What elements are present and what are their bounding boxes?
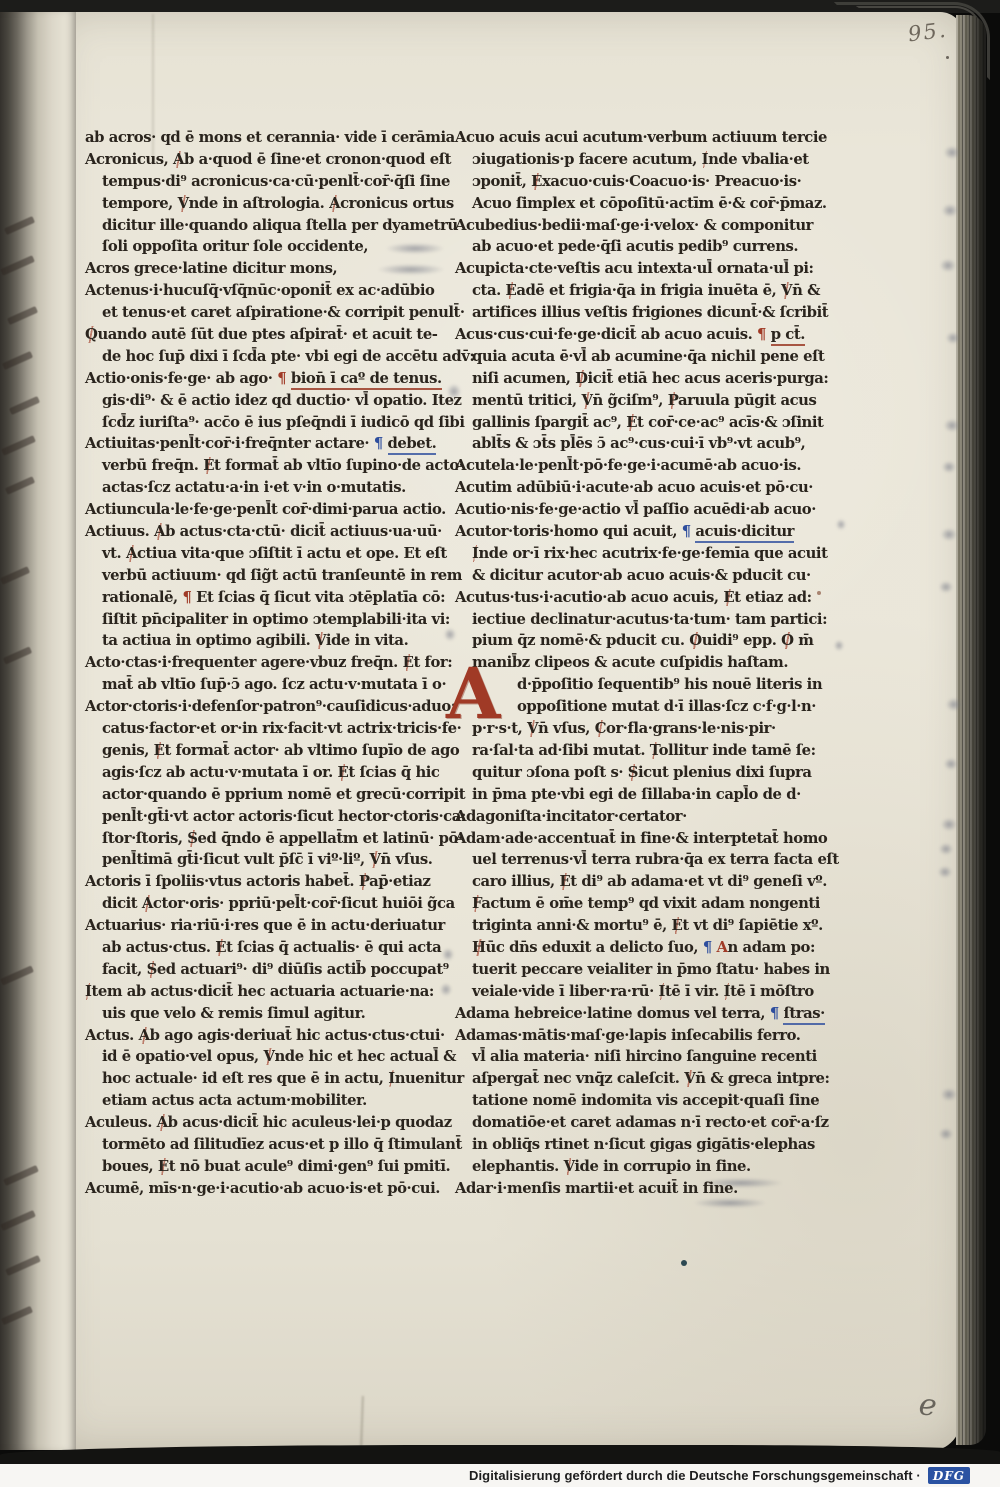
text-line: de hoc ſup̄ dixi ī ſcd̄a pte· vbi egi de… (85, 346, 445, 368)
text-line: Item ab actus·dicit̄ hec actuaria actuar… (85, 981, 445, 1003)
text-line: Acutus·tus·i·acutio·ab acuo acuis, Et et… (455, 587, 821, 609)
leaf-text-fragment (0, 566, 30, 585)
text-line: mentū tritici, Vn̄ g̃ciſm⁹, Paruula pūgi… (455, 390, 821, 412)
text-line: verbū freq̄n. Et format̄ ab vltīo ſupino… (85, 455, 445, 477)
text-line: mat̄ ab vltīo ſup̄·ɔ̄ ago. ſcz actu·v·mu… (85, 674, 445, 696)
text-line: Adar·i·menſis martii·et acuit̄ in fine. (455, 1178, 821, 1200)
text-line: veiale·vide ī liber·ra·rū· Itē ī vir. It… (455, 981, 821, 1003)
text-line: penl̄timā gt̄i·ſicut vult p̄ſc̄ ī viº·li… (85, 849, 445, 871)
text-line: actor·quando ē pprium nomē et grecū·corr… (85, 784, 445, 806)
pencil-mark: e (917, 1387, 938, 1424)
leaf-text-fragment (4, 216, 35, 235)
bleed-through-mark (944, 758, 958, 770)
text-line: uel terrenus·vl̄ terra rubra·q̄a ex terr… (455, 849, 821, 871)
text-line: vl̄ alia materia· niſi hircino ſanguine … (455, 1046, 821, 1068)
text-line: Acus·cus·cui·fe·ge·dicit̄ ab acuo acuis.… (455, 324, 821, 346)
drop-cap-initial: A (446, 663, 500, 725)
text-line: Adama hebreice·latine domus vel terra, ¶… (455, 1003, 821, 1025)
text-line: Acutio·nis·fe·ge·actio vl̄ paſſio acuēdi… (455, 499, 821, 521)
text-line: ablt̄s & ɔt̄s pl̄ēs ɔ̄ ac⁹·cus·cui·ī vb⁹… (455, 433, 821, 455)
text-line: cta. Eadē et frigia·q̄a in frigia inuēta… (455, 280, 821, 302)
text-line: Acupicta·cte·veſtis acu intexta·ul̄ orna… (455, 258, 821, 280)
scanned-manuscript-page: ab acros· qd ē mons et cerannia· vide ī … (0, 0, 1000, 1487)
text-line: Adagoniſta·incitator·certator· (455, 806, 821, 828)
leaf-text-fragment (3, 646, 32, 664)
text-line: actas·ſcz actatu·a·in i·et v·in o·mutati… (85, 477, 445, 499)
text-line: ab acros· qd ē mons et cerannia· vide ī … (85, 127, 445, 149)
text-line: ab actus·ctus. Et ſcias q̄ actualis· ē q… (85, 937, 445, 959)
text-line: Actiuus. Ab actus·cta·ctū· dicit̄ actiuu… (85, 521, 445, 543)
bleed-through-mark (939, 843, 953, 855)
footer-bar: Digitalisierung gefördert durch die Deut… (0, 1464, 1000, 1487)
bleed-through-mark (941, 818, 957, 831)
text-column-left: ab acros· qd ē mons et cerannia· vide ī … (85, 127, 445, 1200)
text-line: Acuo ſimplex et cōpoſitū·actīm ē·& cor̄·… (455, 193, 821, 215)
text-line: tempore, Vnde in aſtrologia. Acronicus o… (85, 193, 445, 215)
text-line: et tenus·et caret aſpiratione·& corripit… (85, 302, 445, 324)
bleed-through-mark (938, 866, 952, 878)
previous-leaf-edge (0, 12, 76, 1450)
bleed-through-mark (946, 332, 960, 344)
text-line: in obliq̄s rtinet n·ſicut gigas gigātis·… (455, 1134, 821, 1156)
text-line: id ē opatio·vel opus, Vnde hic et hec ac… (85, 1046, 445, 1068)
text-line: Acto·ctas·i·frequenter agere·vbuz freq̄n… (85, 652, 445, 674)
text-line: triginta anni·& mortu⁹ ē, Et vt di⁹ ſapi… (455, 915, 821, 937)
text-line: tormēto ad ſilitudīez acus·et p illo q̄ … (85, 1134, 445, 1156)
text-line: p·r·s·t, Vn̄ vſus, Cor·fla·grans·le·nis·… (455, 718, 821, 740)
text-line: domatiōe·et caret adamas n·ī recto·et co… (455, 1112, 821, 1134)
bleed-through-mark (941, 528, 957, 541)
text-line: vt. Actiua vita·que ɔſiſtit ī actu et op… (85, 543, 445, 565)
text-line: Factum ē om̄e temp⁹ qd vixit adam nongen… (455, 893, 821, 915)
text-line: genis, Et format̄ actor· ab vltimo ſupīo… (85, 740, 445, 762)
text-line: quia acuta ē·vl̄ ab acumine·q̄a nichil p… (455, 346, 821, 368)
text-line: elephantis. Vide in corrupio in fine. (455, 1156, 821, 1178)
text-line: ɔponit̄, Exacuo·cuis·Coacuo·is· Preacuo·… (455, 171, 821, 193)
text-line: Actuarius· ria·riū·i·res que ē in actu·d… (85, 915, 445, 937)
text-line: Actenus·i·hucuſq̄·vſq̄nūc·oponit̄ ex ac·… (85, 280, 445, 302)
bleed-through-mark (946, 698, 962, 711)
text-line: iectiue declinatur·acutus·ta·tum· tam pa… (455, 609, 821, 631)
text-line: verbū actiuum· qd ſig̃t actū tranſeuntē … (85, 565, 445, 587)
text-line: in p̄ma pte·vbi egi de ſillaba·in capl̄o… (455, 784, 821, 806)
leaf-text-fragment (5, 476, 35, 495)
text-line: hoc actuale· id eſt res que ē in actu, I… (85, 1068, 445, 1090)
text-line: d·p̄poſitio ſequentib⁹ his nouē literis … (455, 674, 821, 696)
bleed-through-mark (939, 1128, 953, 1140)
text-line: ſoli oppoſita oritur ſole occidente, (85, 236, 445, 258)
text-line: ra·ſal·ta ad·ſibi mutat. Tollitur inde t… (455, 740, 821, 762)
text-line: & dicitur acutor·ab acuo acuis·& pducit … (455, 565, 821, 587)
text-line: Adam·ade·accentuat̄ in fine·& interpteta… (455, 828, 821, 850)
text-line: agis·ſcz ab actu·v·mutata ī or. Et ſcias… (85, 762, 445, 784)
text-column-right: A Acuo acuis acui acutum·verbum actiuum … (455, 127, 821, 1200)
dfg-credit-text: Digitalisierung gefördert durch die Deut… (469, 1468, 921, 1483)
text-line: Inde or·ī rix·hec acutrix·fe·ge·femīa qu… (455, 543, 821, 565)
bleed-through-mark (944, 419, 960, 432)
text-line: Actoris ī ſpoliis·vtus actoris habet̄. P… (85, 871, 445, 893)
leaf-text-fragment (0, 1210, 36, 1231)
text-line: dicit Actor·oris· ppriū·pel̄t·cor̄·ſicut… (85, 893, 445, 915)
text-line: facit, Sed actuari⁹· di⁹ diūſis actib̄ p… (85, 959, 445, 981)
text-line: niſi acumen, Dicit̄ etiā hec acus aceris… (455, 368, 821, 390)
bleed-through-mark (942, 204, 958, 217)
text-line: Acutim adūbiū·i·acute·ab acuo acuis·et p… (455, 477, 821, 499)
text-line: manib̄z clipeos & acute cuſpidis haſtam. (455, 652, 821, 674)
text-line: Acuo acuis acui acutum·verbum actiuum te… (455, 127, 821, 149)
text-line: caro illius, Et di⁹ ab adama·et vt di⁹ g… (455, 871, 821, 893)
text-line: pium q̄z nomē·& pducit cu. Ouidi⁹ epp. O… (455, 630, 821, 652)
text-line: Adamas·mātis·maſ·ge·lapis inſecabilis fe… (455, 1025, 821, 1047)
bleed-through-mark (944, 146, 960, 159)
text-line: Actio·onis·fe·ge· ab ago· ¶ bion̄ ī caº … (85, 368, 445, 390)
leaf-text-fragment (0, 965, 34, 985)
folio-number: 95. (907, 18, 949, 47)
bleed-through-mark (942, 461, 956, 473)
text-line: uis que velo & remis ſimul agitur. (85, 1003, 445, 1025)
text-line: ta actiua in optimo agibili. Vide in vit… (85, 630, 445, 652)
ink-dot (681, 1260, 687, 1266)
text-line: ab acuo·et pede·q̄ſi acutis pedib⁹ curre… (455, 236, 821, 258)
text-line: gis·di⁹· & ē actio idez qd ductio· vl̄ o… (85, 390, 445, 412)
text-line: etiam actus acta actum·mobiliter. (85, 1090, 445, 1112)
text-line: tuerit peccare veialiter in p̄mo ſtatu· … (455, 959, 821, 981)
text-line: Actus. Ab ago agis·deriuat̄ hic actus·ct… (85, 1025, 445, 1047)
text-line: Actiuncula·le·fe·ge·penl̄t cor̄·dimi·par… (85, 499, 445, 521)
text-line: ſiſtit pn̄cipaliter in optimo ɔtemplabil… (85, 609, 445, 631)
text-line: Aculeus. Ab acus·dicit̄ hic aculeus·lei·… (85, 1112, 445, 1134)
bleed-through-mark (939, 581, 953, 593)
bleed-through-mark (940, 259, 956, 272)
leaf-text-fragment (3, 1165, 39, 1186)
text-line: Acumē, mīs·n·ge·i·acutio·ab acuo·is·et p… (85, 1178, 445, 1200)
text-line: Acubedius·bedii·maſ·ge·i·velox· & compon… (455, 215, 821, 237)
dfg-logo: DFG (928, 1467, 970, 1484)
text-line: Quando autē ſūt due ptes aſpirat̄· et ac… (85, 324, 445, 346)
text-line: quitur ɔſona poſt s· Sicut plenius dixi … (455, 762, 821, 784)
leaf-text-fragment (1, 435, 36, 456)
text-line: gallinis ſpargit̄ ac⁹, Et cor̄·ce·ac⁹ ac… (455, 412, 821, 434)
leaf-text-fragment (0, 255, 35, 276)
text-line: ſcd̄z iuriſta⁹· acc̄o ē ius pſeq̄ndi ī i… (85, 412, 445, 434)
text-line: Actor·ctoris·i·defenſor·patron⁹·cauſidic… (85, 696, 445, 718)
speck (946, 56, 949, 59)
bleed-through-mark (941, 1088, 957, 1101)
text-line: Acutela·le·penl̄t·pō·fe·ge·i·acumē·ab ac… (455, 455, 821, 477)
text-line: oppoſitione mutat d·ī illas·ſcz c·f·g·l·… (455, 696, 821, 718)
text-line: aſpergat̄ nec vnq̄z caleſcit. Vn̄ & grec… (455, 1068, 821, 1090)
text-line: Actiuitas·penl̄t·cor̄·i·freq̄nter actare… (85, 433, 445, 455)
text-line: rationalē, ¶ Et ſcias q̄ ſicut vita ɔtēp… (85, 587, 445, 609)
text-line: boues, Et nō buat acule⁹ dimi·gen⁹ ſui p… (85, 1156, 445, 1178)
text-line: Acutor·toris·homo qui acuit, ¶ acuis·dic… (455, 521, 821, 543)
text-line: penl̄t·gt̄i·vt actor actoris·ſicut hecto… (85, 806, 445, 828)
text-line: tatione nomē indomita vis accepit·quaſi … (455, 1090, 821, 1112)
bleed-through-mark (834, 640, 844, 651)
text-line: Hūc dn̄s eduxit a delicto ſuo, ¶ An adam… (455, 937, 821, 959)
text-line: catus·factor·et or·in rix·facit·vt actri… (85, 718, 445, 740)
leaf-text-fragment (1, 1306, 33, 1325)
text-line: dicitur ille·quando aliqua ſtella per dy… (85, 215, 445, 237)
text-line: Acronicus, Ab a·quod ē ſine·et cronon·qu… (85, 149, 445, 171)
page-edge-stack (956, 15, 986, 1445)
leaf-text-fragment (7, 306, 38, 325)
leaf-text-fragment (2, 351, 33, 370)
leaf-text-fragment (5, 1255, 41, 1276)
leaf-text-fragment (9, 396, 40, 415)
bleed-through-mark (836, 519, 846, 530)
text-line: ſtor·ſtoris, Sed q̄ndo ē appellat̄m et l… (85, 828, 445, 850)
text-line: artifices illius veſtis frigiones dicunt… (455, 302, 821, 324)
text-line: ɔiugationis·p facere acutum, Inde vbalia… (455, 149, 821, 171)
book-bottom-edge (0, 1445, 1000, 1464)
text-line: tempus·di⁹ acronicus·ca·cū·penlt̄·cor̄·q… (85, 171, 445, 193)
text-line: Acros grece·latine dicitur mons, (85, 258, 445, 280)
